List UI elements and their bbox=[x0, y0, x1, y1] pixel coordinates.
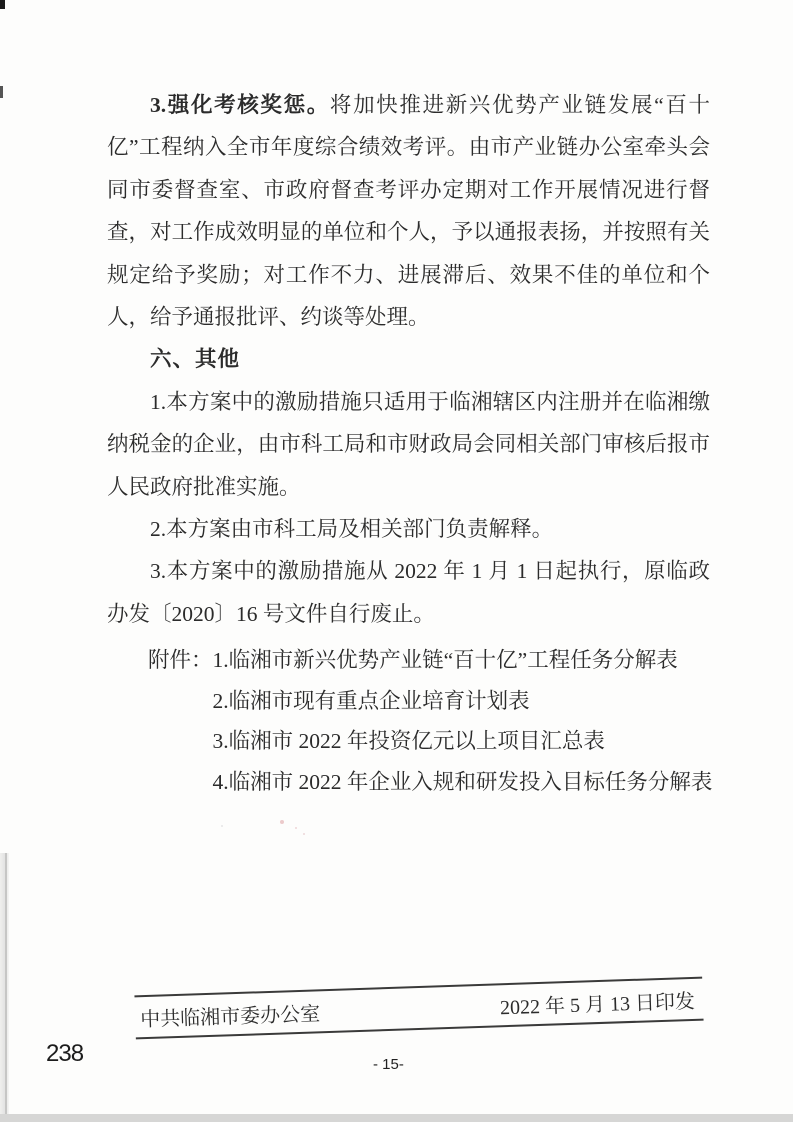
paragraph-interpretation: 2.本方案由市科工局及相关部门负责解释。 bbox=[107, 508, 710, 550]
attachment-item-1: 1.临湘市新兴优势产业链“百十亿”工程任务分解表 bbox=[213, 640, 713, 681]
attachments-label: 附件： bbox=[148, 640, 213, 802]
scan-left-line bbox=[5, 853, 7, 1122]
attachment-item-4: 4.临湘市 2022 年企业入规和研发投入目标任务分解表 bbox=[213, 762, 713, 803]
attachments-list: 1.临湘市新兴优势产业链“百十亿”工程任务分解表 2.临湘市现有重点企业培育计划… bbox=[213, 640, 713, 802]
paragraph-assessment-rewards: 3.强化考核奖惩。将加快推进新兴优势产业链发展“百十亿”工程纳入全市年度综合绩效… bbox=[107, 84, 710, 338]
section-heading-other: 六、其他 bbox=[107, 338, 710, 380]
scan-corner-mark bbox=[0, 0, 5, 9]
footer-print-date: 2022 年 5 月 13 日印发 bbox=[499, 984, 695, 1019]
scan-left-band bbox=[0, 853, 9, 1122]
attachment-item-2: 2.临湘市现有重点企业培育计划表 bbox=[213, 681, 713, 722]
book-page-number: 238 bbox=[46, 1040, 83, 1068]
attachments-block: 附件： 1.临湘市新兴优势产业链“百十亿”工程任务分解表 2.临湘市现有重点企业… bbox=[148, 640, 710, 802]
paragraph-scope: 1.本方案中的激励措施只适用于临湘辖区内注册并在临湘缴纳税金的企业，由市科工局和… bbox=[107, 381, 710, 508]
footer-issuing-office: 中共临湘市委办公室 bbox=[140, 997, 321, 1032]
footer-record-box: 中共临湘市委办公室 2022 年 5 月 13 日印发 bbox=[134, 977, 703, 1040]
attachment-item-3: 3.临湘市 2022 年投资亿元以上项目汇总表 bbox=[213, 721, 713, 762]
scan-smudge bbox=[280, 820, 284, 824]
document-page-number: - 15- bbox=[373, 1056, 404, 1073]
document-body: 3.强化考核奖惩。将加快推进新兴优势产业链发展“百十亿”工程纳入全市年度综合绩效… bbox=[107, 84, 710, 803]
paragraph-effective-date: 3.本方案中的激励措施从 2022 年 1 月 1 日起执行，原临政办发〔202… bbox=[107, 550, 710, 635]
scan-edge-mark bbox=[0, 86, 3, 98]
scanned-document-page: 3.强化考核奖惩。将加快推进新兴优势产业链发展“百十亿”工程纳入全市年度综合绩效… bbox=[0, 0, 793, 1122]
paragraph-body-text: 将加快推进新兴优势产业链发展“百十亿”工程纳入全市年度综合绩效考评。由市产业链办… bbox=[107, 93, 710, 329]
paragraph-bold-lead: 3.强化考核奖惩。 bbox=[150, 93, 330, 117]
scan-bottom-strip bbox=[0, 1114, 793, 1122]
